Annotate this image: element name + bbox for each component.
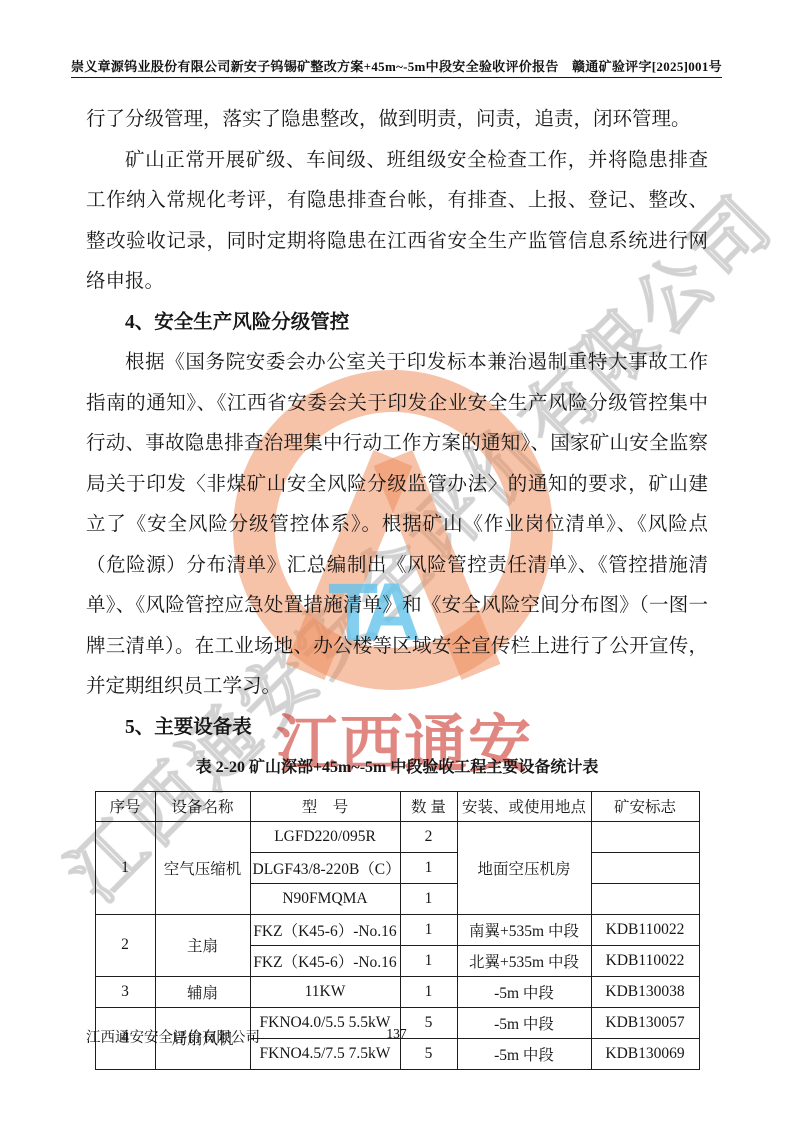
table-cell: 空气压缩机 [155,821,250,914]
page-header-title: 崇义章源钨业股份有限公司新安子钨锡矿整改方案+45m~-5m中段安全验收评价报告… [71,59,722,78]
table-cell: 3 [95,976,155,1007]
equipment-table-head: 序号设备名称型 号数 量安装、或使用地点矿安标志 [95,791,699,821]
table-header-cell: 型 号 [250,791,400,821]
table-cell [591,852,699,883]
table-cell: 11KW [250,976,400,1007]
table-cell: 北翼+535m 中段 [457,945,591,976]
table-row: 3辅扇11KW1-5m 中段KDB130038 [95,976,699,1007]
table-cell: 2 [95,914,155,976]
table-cell: KDB130069 [591,1038,699,1069]
document-body: 行了分级管理，落实了隐患整改，做到明责，问责，追责，闭环管理。 矿山正常开展矿级… [86,100,708,1070]
table-cell: 南翼+535m 中段 [457,914,591,945]
table-caption: 表 2-20 矿山深部+45m~-5m 中段验收工程主要设备统计表 [86,748,708,789]
table-cell: 1 [400,976,457,1007]
body-paragraph-2: 矿山正常开展矿级、车间级、班组级安全检查工作，并将隐患排查工作纳入常规化考评，有… [86,141,708,303]
table-cell: N90FMQMA [250,883,400,914]
table-cell: 5 [400,1038,457,1069]
table-header-cell: 数 量 [400,791,457,821]
document-page: 江西通安安全评价有限公司 TA 江西通安 崇义章源钨业股份有限公司新安子钨锡矿整… [0,0,793,1122]
table-cell: FKNO4.5/7.5 7.5kW [250,1038,400,1069]
table-cell: -5m 中段 [457,1038,591,1069]
table-cell: KDB130038 [591,976,699,1007]
footer-page-number: 137 [0,1026,793,1042]
table-cell [591,883,699,914]
section-heading-5: 5、主要设备表 [86,708,708,749]
table-cell: 1 [95,821,155,914]
table-cell: 地面空压机房 [457,821,591,914]
table-cell: 辅扇 [155,976,250,1007]
table-cell: FKZ（K45-6）-No.16 [250,945,400,976]
body-paragraph-1: 行了分级管理，落实了隐患整改，做到明责，问责，追责，闭环管理。 [86,100,708,141]
table-row: 1空气压缩机LGFD220/095R2地面空压机房 [95,821,699,852]
table-cell: 2 [400,821,457,852]
table-header-cell: 序号 [95,791,155,821]
table-cell: 1 [400,914,457,945]
table-cell: 1 [400,852,457,883]
table-cell: 1 [400,945,457,976]
table-header-row: 序号设备名称型 号数 量安装、或使用地点矿安标志 [95,791,699,821]
table-cell: KDB110022 [591,945,699,976]
table-header-cell: 矿安标志 [591,791,699,821]
table-row: 2主扇FKZ（K45-6）-No.161南翼+535m 中段KDB110022 [95,914,699,945]
table-cell: KDB110022 [591,914,699,945]
table-cell [591,821,699,852]
body-paragraph-3: 根据《国务院安委会办公室关于印发标本兼治遏制重特大事故工作指南的通知》、《江西省… [86,343,708,708]
section-heading-4: 4、安全生产风险分级管控 [86,303,708,344]
table-cell: DLGF43/8-220B（C） [250,852,400,883]
table-header-cell: 安装、或使用地点 [457,791,591,821]
page-header: 崇义章源钨业股份有限公司新安子钨锡矿整改方案+45m~-5m中段安全验收评价报告… [0,56,793,75]
table-cell: 1 [400,883,457,914]
table-cell: 主扇 [155,914,250,976]
table-cell: FKZ（K45-6）-No.16 [250,914,400,945]
table-header-cell: 设备名称 [155,791,250,821]
table-cell: LGFD220/095R [250,821,400,852]
table-cell: -5m 中段 [457,976,591,1007]
